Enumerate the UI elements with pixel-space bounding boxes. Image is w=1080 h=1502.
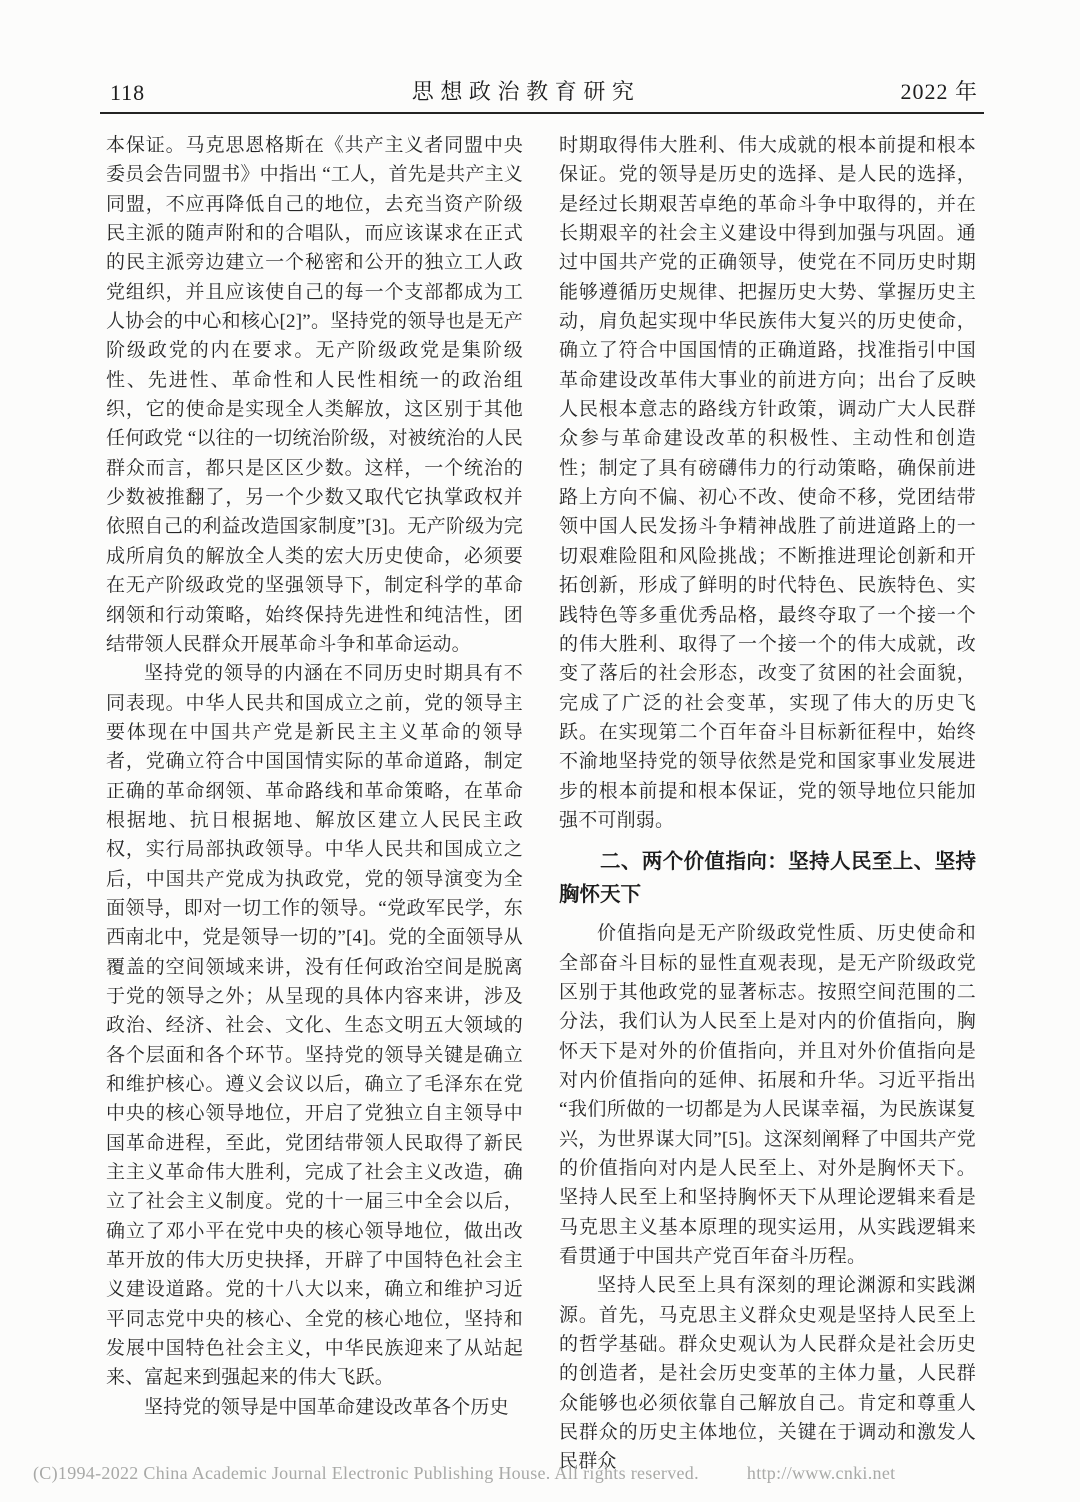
paragraph: 价值指向是无产阶级政党性质、历史使命和全部奋斗目标的显性直观表现，是无产阶级政党… [559,919,976,1271]
paragraph: 坚持人民至上具有深刻的理论渊源和实践渊源。首先，马克思主义群众史观是坚持人民至上… [559,1271,976,1476]
copyright-text: (C)1994-2022 China Academic Journal Elec… [33,1463,699,1484]
page-content: 本保证。马克思恩格斯在《共产主义者同盟中央委员会告同盟书》中指出 “工人，首先是… [106,131,976,1477]
page-footer: (C)1994-2022 China Academic Journal Elec… [33,1463,1050,1484]
section-heading: 二、两个价值指向：坚持人民至上、坚持胸怀天下 [559,845,976,911]
journal-year: 2022 年 [900,75,978,106]
right-column: 时期取得伟大胜利、伟大成就的根本前提和根本保证。党的领导是历史的选择、是人民的选… [559,131,976,1477]
paragraph: 坚持党的领导的内涵在不同历史时期具有不同表现。中华人民共和国成立之前，党的领导主… [106,659,523,1393]
paragraph: 坚持党的领导是中国革命建设改革各个历史 [106,1393,523,1422]
journal-title: 思想政治教育研究 [405,75,640,106]
paragraph: 时期取得伟大胜利、伟大成就的根本前提和根本保证。党的领导是历史的选择、是人民的选… [559,131,976,835]
page-number: 118 [110,80,145,106]
paragraph: 本保证。马克思恩格斯在《共产主义者同盟中央委员会告同盟书》中指出 “工人，首先是… [106,131,523,659]
page-header: 118 思想政治教育研究 2022 年 [110,70,978,106]
journal-page-scan: 118 思想政治教育研究 2022 年 本保证。马克思恩格斯在《共产主义者同盟中… [0,0,1080,1502]
footer-url: http://www.cnki.net [747,1463,896,1484]
header-rule [100,112,984,114]
left-column: 本保证。马克思恩格斯在《共产主义者同盟中央委员会告同盟书》中指出 “工人，首先是… [106,131,523,1477]
